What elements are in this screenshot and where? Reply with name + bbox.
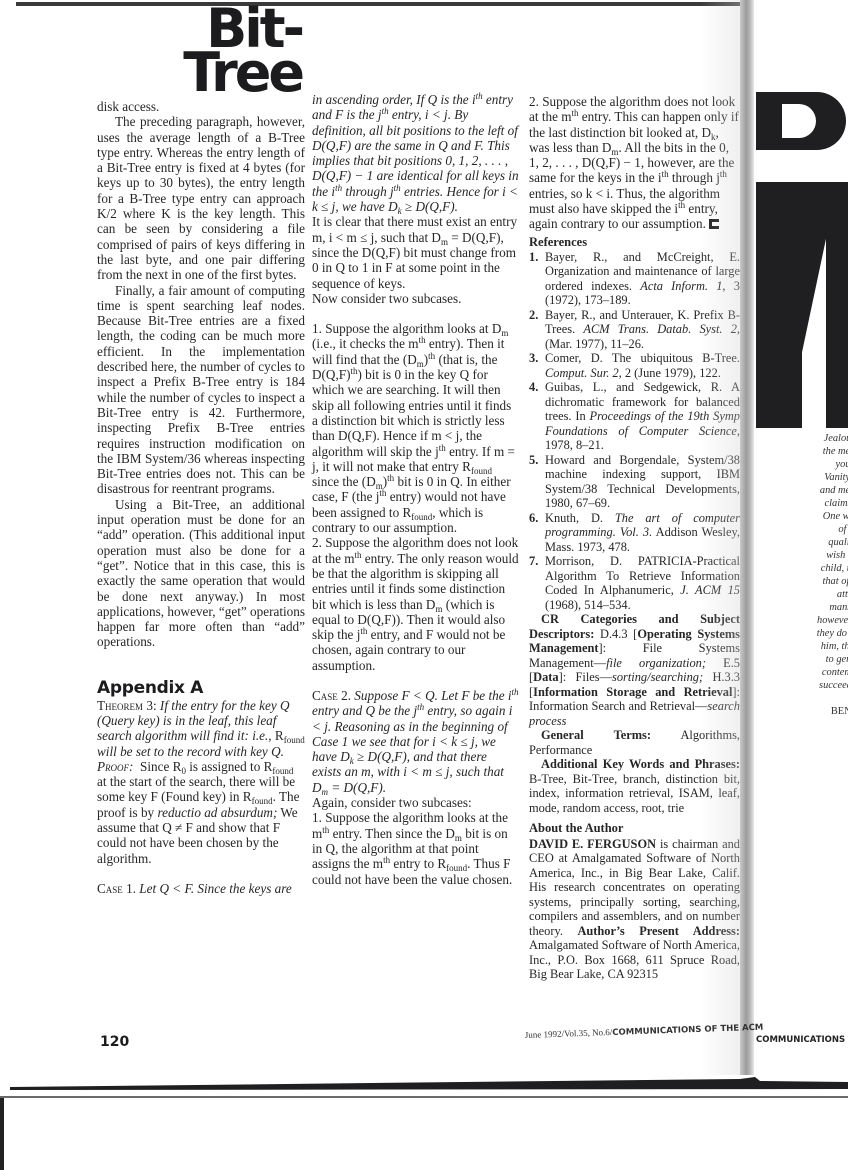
- subcase-1b: 1. Suppose the algorithm looks at the mt…: [312, 810, 519, 886]
- binding-gutter: [740, 0, 754, 1075]
- epigraph-attribution: BEN F: [800, 705, 848, 718]
- paragraph: Again, consider two subcases:: [312, 795, 519, 810]
- case-2: Case 2. Suppose F < Q. Let F be the ith …: [312, 688, 519, 795]
- scan-edge: [0, 1098, 4, 1170]
- facing-title-letter-d: [756, 92, 846, 150]
- paragraph: Now consider two subcases.: [312, 291, 519, 306]
- column-1: disk access. The preceding paragraph, ho…: [97, 99, 305, 896]
- proof: Proof: Since R0 is assigned to Rfound at…: [97, 759, 305, 866]
- subcase-2: 2. Suppose the algorithm does not look a…: [312, 535, 519, 673]
- top-rule: [16, 2, 746, 6]
- epigraph-quote: Jealousy the merit your i Vanity, u and …: [800, 432, 848, 731]
- paragraph: Using a Bit-Tree, an additional input op…: [97, 497, 305, 650]
- facing-page: Jealousy the merit your i Vanity, u and …: [754, 0, 848, 1075]
- case-1-label: Case 1.: [97, 881, 136, 896]
- facing-title-letter-m: [756, 182, 848, 428]
- theorem-label: Theorem 3:: [97, 698, 157, 713]
- page-number: 120: [100, 1034, 129, 1050]
- article-title: Bit- Tree: [96, 8, 302, 98]
- case-1-continued: in ascending order, If Q is the ith entr…: [312, 92, 519, 214]
- appendix-heading: Appendix A: [97, 678, 305, 698]
- proof-label: Proof:: [97, 759, 133, 774]
- paragraph: The preceding paragraph, however, uses t…: [97, 114, 305, 282]
- facing-page-footer: COMMUNICATIONS OF: [756, 1035, 848, 1045]
- paragraph: It is clear that there must exist an ent…: [312, 214, 519, 290]
- case-2-label: Case 2.: [312, 688, 351, 703]
- scan-background: [0, 1096, 848, 1170]
- page-edge-shadow: [10, 1077, 848, 1089]
- theorem: Theorem 3: If the entry for the key Q (Q…: [97, 698, 305, 759]
- paragraph: Finally, a fair amount of computing time…: [97, 283, 305, 497]
- column-2: in ascending order, If Q is the ith entr…: [312, 92, 519, 887]
- subcase-1: 1. Suppose the algorithm looks at Dm (i.…: [312, 321, 519, 535]
- binding-shadow: [700, 0, 740, 1075]
- title-line-2: Tree: [183, 52, 302, 94]
- case-1: Case 1. Let Q < F. Since the keys are: [97, 881, 305, 896]
- paragraph: disk access.: [97, 99, 305, 114]
